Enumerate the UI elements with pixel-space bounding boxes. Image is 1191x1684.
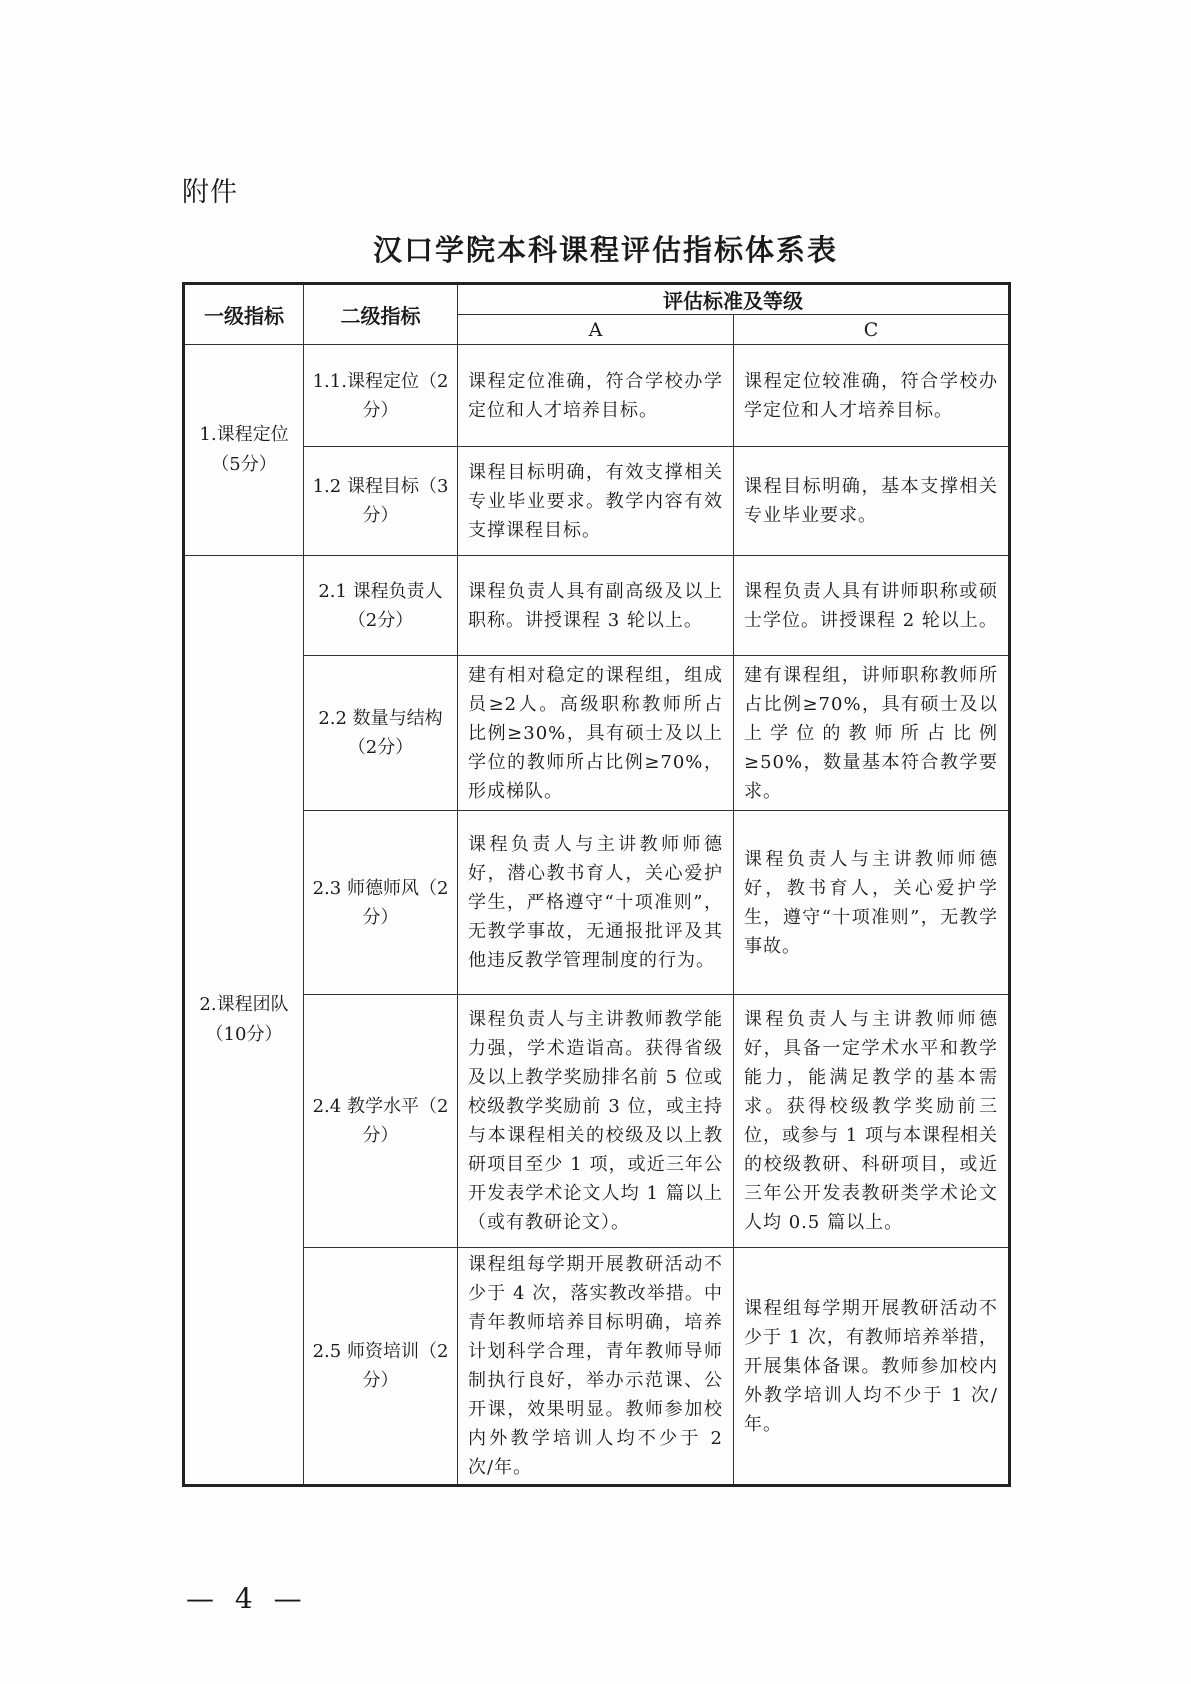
table-row: 1.课程定位（5分） 1.1.课程定位（2分） 课程定位准确，符合学校办学定位和…	[184, 345, 1010, 447]
document-title: 汉口学院本科课程评估指标体系表	[0, 228, 1191, 269]
level1-cell: 1.课程定位（5分）	[184, 345, 304, 556]
header-grade-a: A	[458, 315, 734, 345]
page-number: — 4 —	[186, 1582, 308, 1615]
grade-a-cell: 课程负责人与主讲教师教学能力强，学术造诣高。获得省级及以上教学奖励排名前 5 位…	[458, 995, 734, 1248]
level2-cell: 2.3 师德师风（2分）	[304, 811, 458, 995]
level2-cell: 1.1.课程定位（2分）	[304, 345, 458, 447]
header-level1: 一级指标	[184, 284, 304, 345]
table-row: 2.5 师资培训（2分） 课程组每学期开展教研活动不少于 4 次，落实教改举措。…	[184, 1248, 1010, 1486]
level1-cell: 2.课程团队（10分）	[184, 556, 304, 1486]
level2-cell: 2.1 课程负责人（2分）	[304, 556, 458, 656]
header-grade-c: C	[734, 315, 1010, 345]
grade-c-cell: 建有课程组，讲师职称教师所占比例≥70%，具有硕士及以上学位的教师所占比例≥50…	[734, 656, 1010, 811]
table-row: 2.课程团队（10分） 2.1 课程负责人（2分） 课程负责人具有副高级及以上职…	[184, 556, 1010, 656]
grade-a-cell: 建有相对稳定的课程组，组成员≥2人。高级职称教师所占比例≥30%，具有硕士及以上…	[458, 656, 734, 811]
table-row: 1.2 课程目标（3分） 课程目标明确，有效支撑相关专业毕业要求。教学内容有效支…	[184, 447, 1010, 556]
table-row: 2.2 数量与结构（2分） 建有相对稳定的课程组，组成员≥2人。高级职称教师所占…	[184, 656, 1010, 811]
grade-c-cell: 课程负责人具有讲师职称或硕士学位。讲授课程 2 轮以上。	[734, 556, 1010, 656]
level2-cell: 2.2 数量与结构（2分）	[304, 656, 458, 811]
table-row: 2.4 教学水平（2分） 课程负责人与主讲教师教学能力强，学术造诣高。获得省级及…	[184, 995, 1010, 1248]
attachment-label: 附件	[182, 170, 238, 209]
level2-cell: 2.4 教学水平（2分）	[304, 995, 458, 1248]
grade-a-cell: 课程目标明确，有效支撑相关专业毕业要求。教学内容有效支撑课程目标。	[458, 447, 734, 556]
grade-a-cell: 课程负责人具有副高级及以上职称。讲授课程 3 轮以上。	[458, 556, 734, 656]
grade-a-cell: 课程组每学期开展教研活动不少于 4 次，落实教改举措。中青年教师培养目标明确，培…	[458, 1248, 734, 1486]
header-level2: 二级指标	[304, 284, 458, 345]
level2-cell: 1.2 课程目标（3分）	[304, 447, 458, 556]
header-row: 一级指标 二级指标 评估标准及等级	[184, 284, 1010, 315]
table-row: 2.3 师德师风（2分） 课程负责人与主讲教师师德好，潜心教书育人，关心爱护学生…	[184, 811, 1010, 995]
evaluation-index-table: 一级指标 二级指标 评估标准及等级 A C 1.课程定位（5分） 1.1.课程定…	[182, 282, 1011, 1487]
header-criteria: 评估标准及等级	[458, 284, 1010, 315]
grade-c-cell: 课程负责人与主讲教师师德好，教书育人，关心爱护学生，遵守“十项准则”，无教学事故…	[734, 811, 1010, 995]
grade-c-cell: 课程目标明确，基本支撑相关专业毕业要求。	[734, 447, 1010, 556]
grade-c-cell: 课程组每学期开展教研活动不少于 1 次，有教师培养举措，开展集体备课。教师参加校…	[734, 1248, 1010, 1486]
grade-c-cell: 课程定位较准确，符合学校办学定位和人才培养目标。	[734, 345, 1010, 447]
grade-a-cell: 课程定位准确，符合学校办学定位和人才培养目标。	[458, 345, 734, 447]
level2-cell: 2.5 师资培训（2分）	[304, 1248, 458, 1486]
grade-a-cell: 课程负责人与主讲教师师德好，潜心教书育人，关心爱护学生，严格遵守“十项准则”，无…	[458, 811, 734, 995]
grade-c-cell: 课程负责人与主讲教师师德好，具备一定学术水平和教学能力，能满足教学的基本需求。获…	[734, 995, 1010, 1248]
